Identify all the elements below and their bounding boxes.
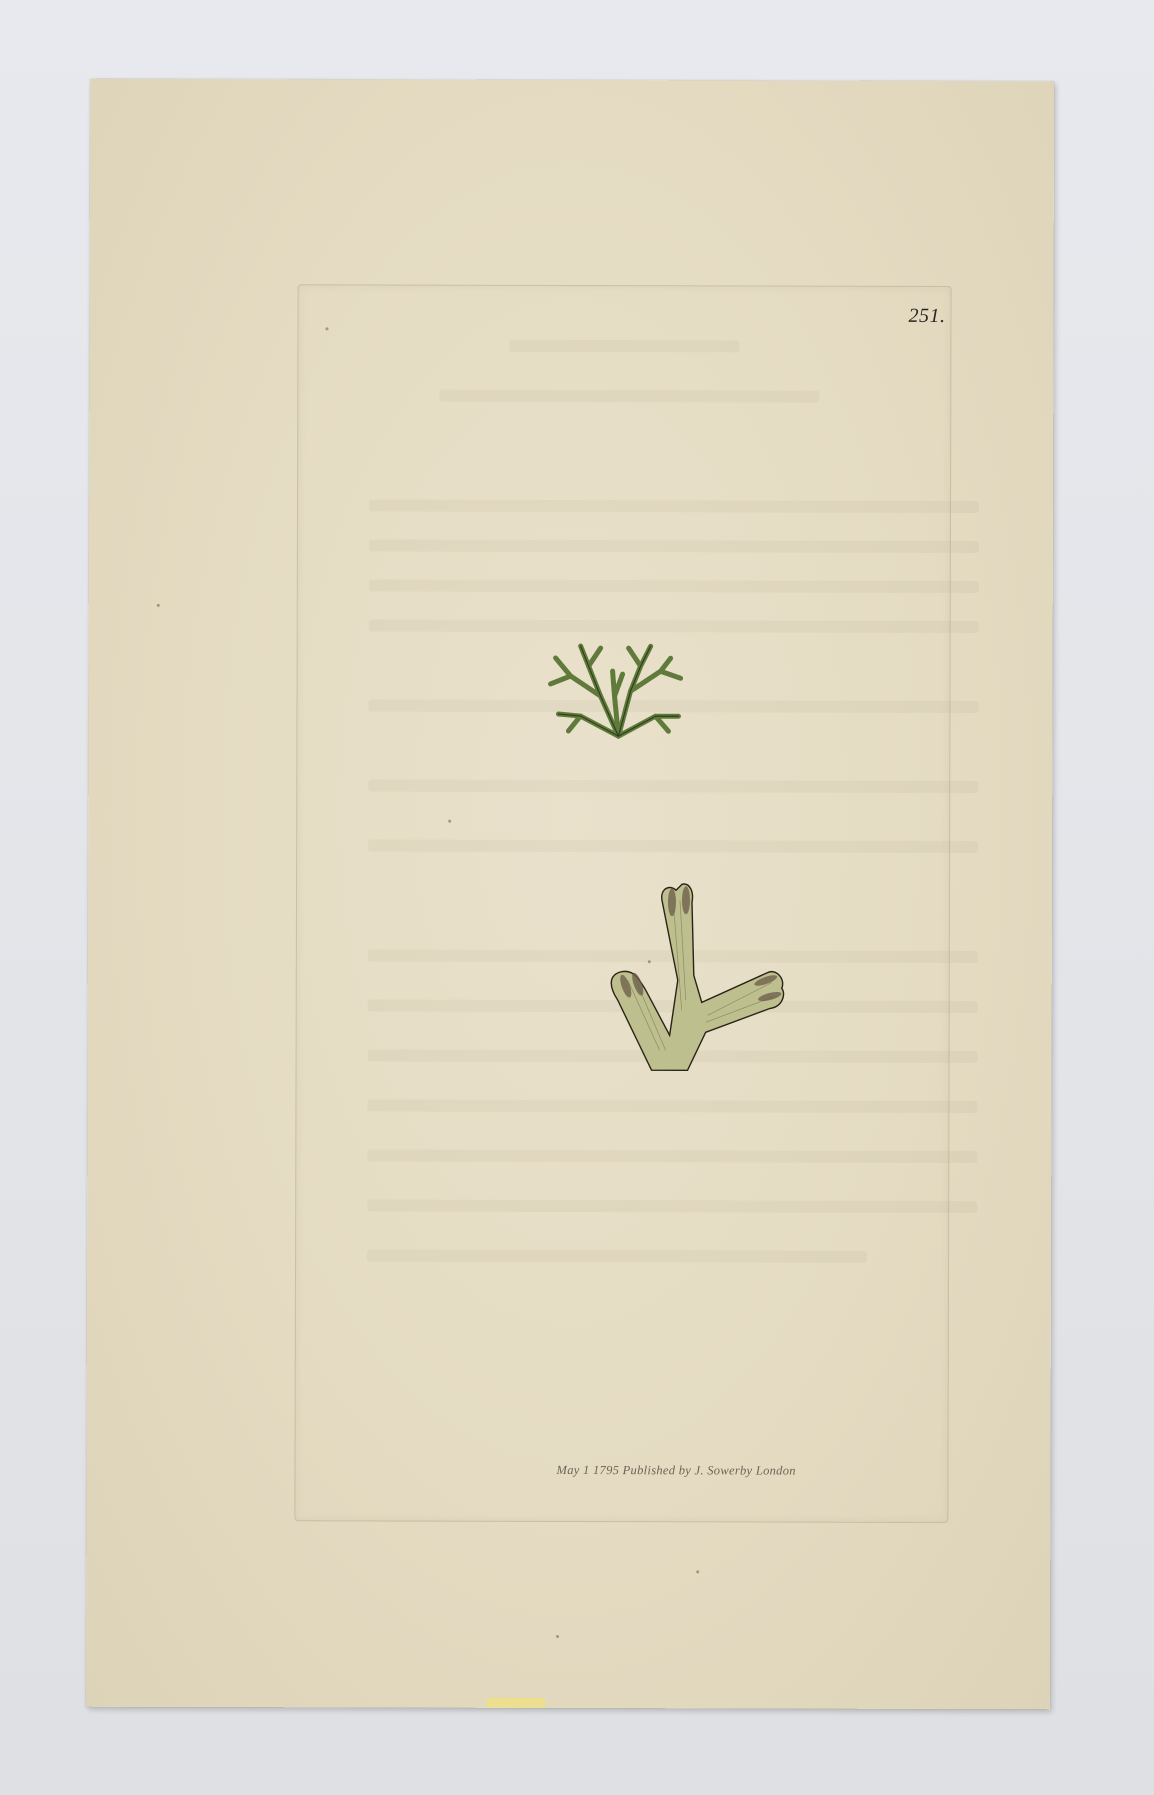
paper-sheet: 251. bbox=[86, 79, 1054, 1710]
large-specimen-illustration bbox=[590, 880, 801, 1081]
bleed-through-text bbox=[509, 340, 739, 353]
yellow-stain bbox=[486, 1698, 546, 1708]
plate-number: 251. bbox=[908, 305, 945, 328]
publisher-imprint: May 1 1795 Published by J. Sowerby Londo… bbox=[556, 1463, 795, 1479]
bleed-through-text bbox=[369, 619, 979, 633]
bleed-through-text bbox=[367, 1249, 867, 1262]
bleed-through-text bbox=[369, 579, 979, 593]
bleed-through-text bbox=[367, 1149, 977, 1163]
bleed-through-text bbox=[367, 1099, 977, 1113]
foxing-speck bbox=[157, 604, 160, 607]
foxing-speck bbox=[648, 960, 651, 963]
bleed-through-text bbox=[369, 499, 979, 513]
foxing-speck bbox=[325, 327, 328, 330]
foxing-speck bbox=[556, 1635, 559, 1638]
small-specimen-illustration bbox=[540, 636, 690, 740]
bleed-through-text bbox=[368, 779, 978, 793]
bleed-through-text bbox=[439, 390, 819, 403]
foxing-speck bbox=[448, 820, 451, 823]
bleed-through-text bbox=[368, 839, 978, 853]
bleed-through-text bbox=[367, 1199, 977, 1213]
foxing-speck bbox=[696, 1570, 699, 1573]
bleed-through-text bbox=[369, 539, 979, 553]
